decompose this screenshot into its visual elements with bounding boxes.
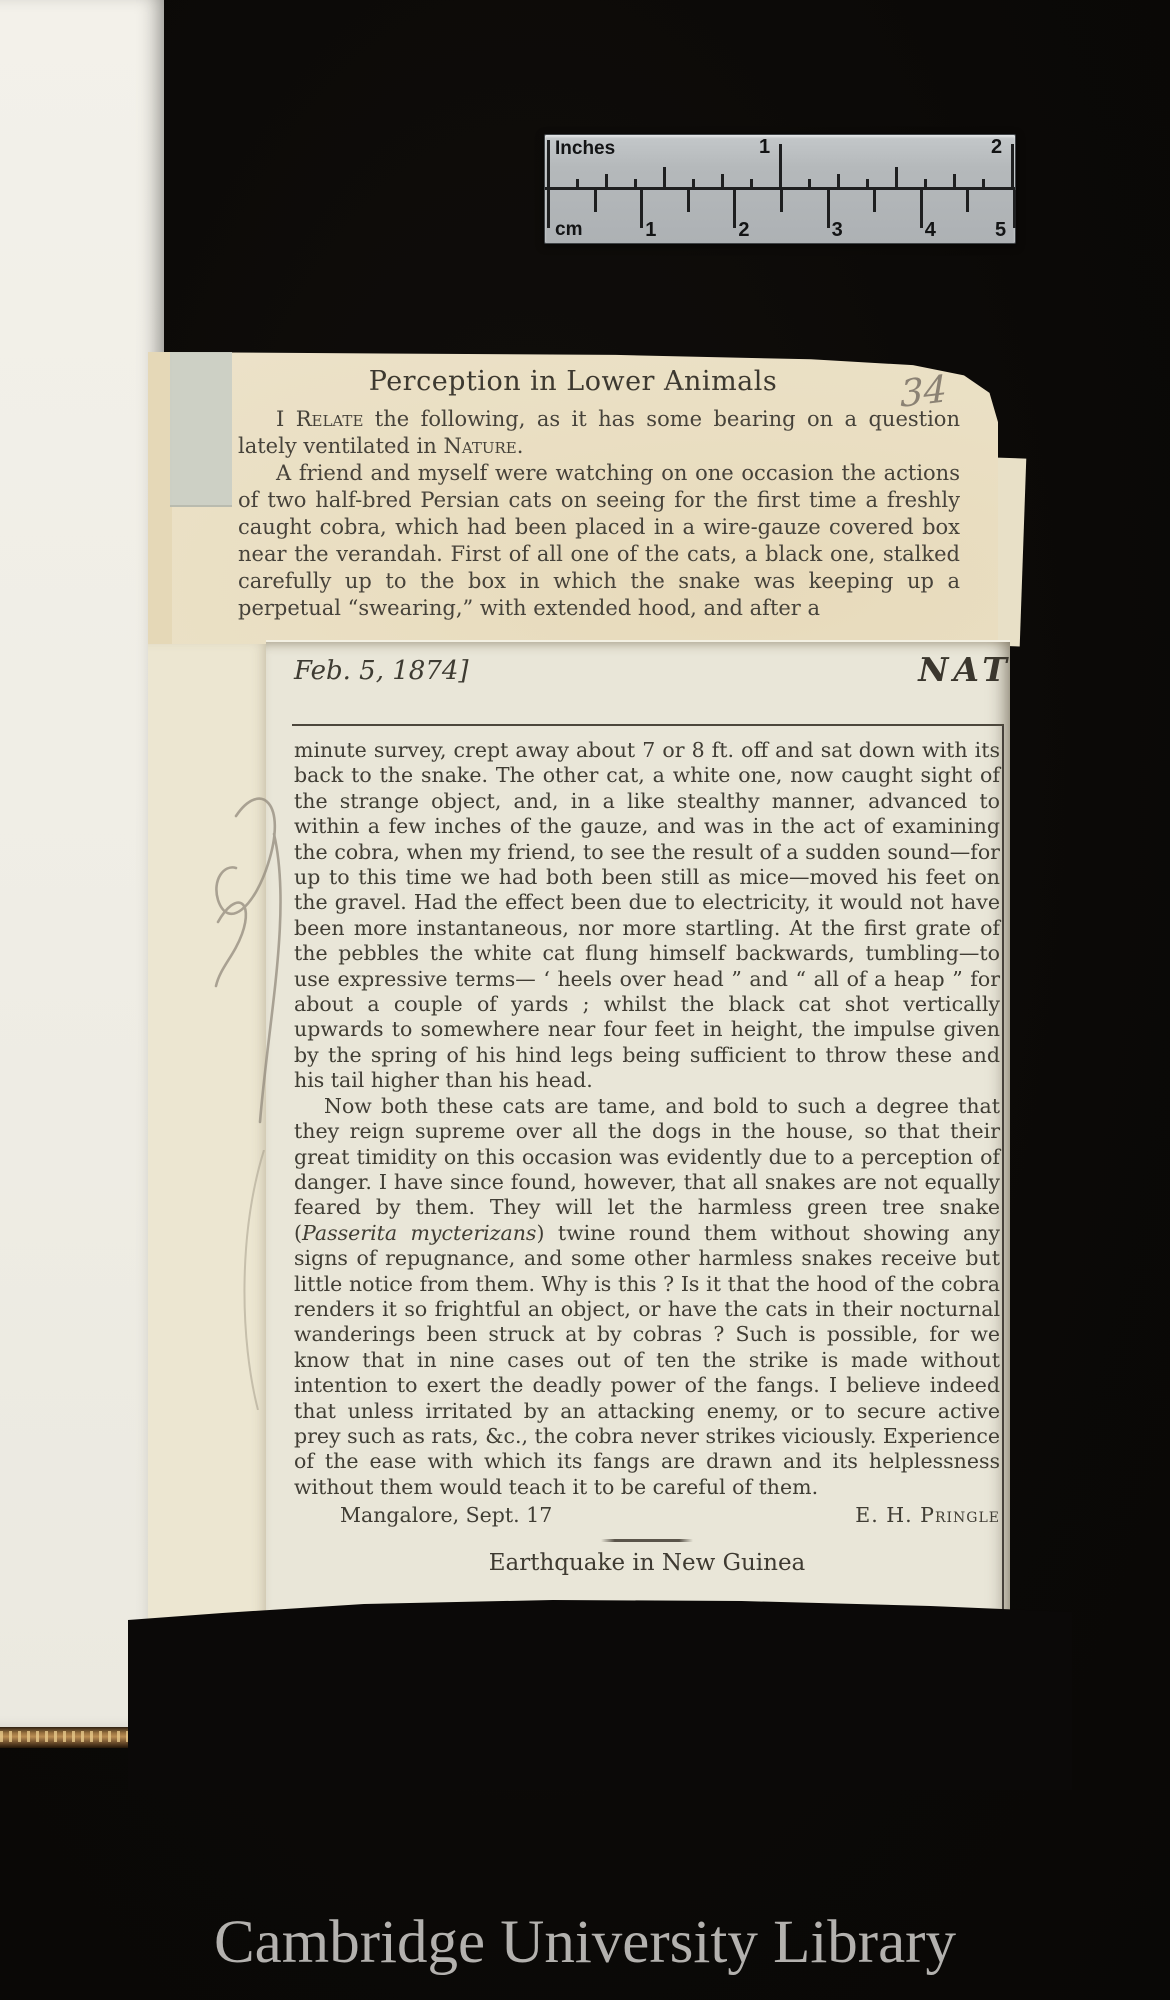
body-paragraph-1: minute survey, crept away about 7 or 8 f… [294, 738, 1000, 1094]
clipping-para1-lead: I Relate [276, 407, 363, 431]
signature-row: Mangalore, Sept. 17 E. H. Pringle [294, 1503, 1000, 1528]
section-divider-ornament [601, 1539, 693, 1542]
pencil-marginalia-icon [202, 772, 298, 1128]
ruler: Inches cm 12 12345 [544, 134, 1016, 244]
ruler-cm-label: cm [555, 219, 582, 241]
ruler-inches-label: Inches [555, 138, 615, 160]
facing-page-edge [0, 0, 164, 1728]
photographed-document-scene: Perception in Lower Animals 34 I Relate … [0, 0, 1170, 2000]
signature-place: Mangalore, Sept. 17 [340, 1503, 552, 1528]
column-rule [1002, 726, 1004, 1654]
clipping-paragraph-1: I Relate the following, as it has some b… [238, 406, 960, 460]
pencil-page-number: 34 [900, 367, 947, 416]
pencil-stroke-icon [232, 1150, 278, 1410]
clipping-title: Perception in Lower Animals [148, 366, 998, 397]
black-velvet-mask [128, 1580, 1072, 1790]
newspaper-clipping: Perception in Lower Animals 34 I Relate … [148, 352, 998, 644]
body-paragraph-2: Now both these cats are tame, and bold t… [294, 1094, 1000, 1501]
signature-name: E. H. Pringle [855, 1503, 1000, 1528]
journal-title-fragment: NAT. [918, 650, 1010, 689]
clipping-text: I Relate the following, as it has some b… [238, 406, 960, 622]
header-rule [292, 724, 1004, 726]
clipping-para1-journal: Nature [443, 434, 516, 458]
page-date-header: Feb. 5, 1874] [294, 656, 469, 686]
species-name: Passerita mycterizans [302, 1221, 536, 1245]
page-body-text: minute survey, crept away about 7 or 8 f… [294, 738, 1000, 1576]
next-article-heading: Earthquake in New Guinea [294, 1551, 1000, 1576]
mounting-tape [170, 352, 232, 507]
clipping-para1-end: . [517, 434, 524, 458]
body-para2-post: ) twine round them without showing any s… [294, 1221, 1000, 1499]
clipping-paragraph-2: A friend and myself were watching on one… [238, 460, 960, 622]
library-watermark: Cambridge University Library [0, 1908, 1170, 1978]
journal-page: Feb. 5, 1874] NAT. minute survey, crept … [266, 640, 1010, 1654]
clipping-edge-strip [148, 352, 172, 644]
